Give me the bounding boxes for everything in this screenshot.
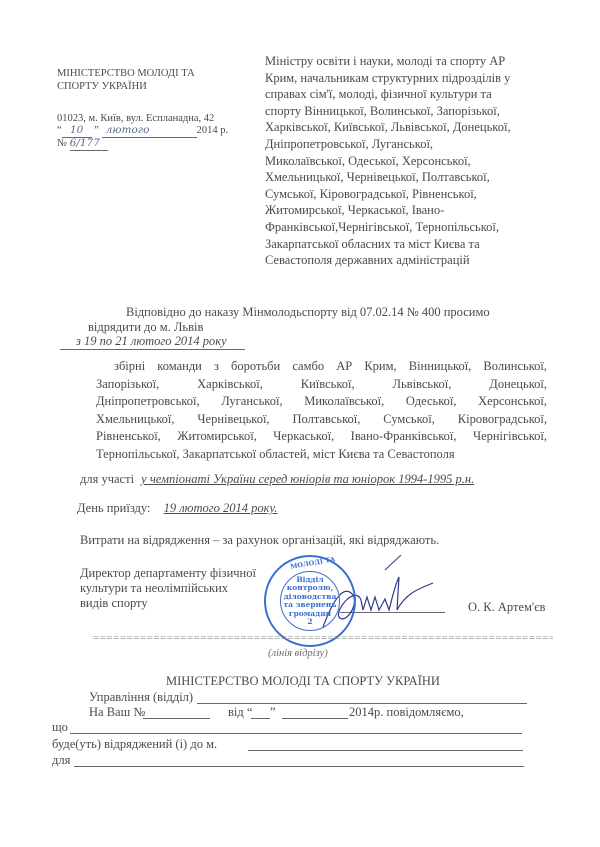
date-day: 10: [62, 124, 92, 138]
teams-line: Дніпропетровської, Луганської, Миколаївс…: [96, 393, 547, 411]
recipient-line: Міністру освіти і науки, молоді та спорт…: [265, 53, 511, 70]
teams-line: Запорізької, Харківської, Київської, Льв…: [96, 376, 547, 394]
recipient-line: Миколаївської, Одеської, Херсонської,: [265, 153, 511, 170]
department-label: Управління (відділ): [89, 690, 193, 705]
department-field[interactable]: [197, 703, 527, 704]
teams-line: Рівненської, Житомирської, Черкаської, І…: [96, 428, 547, 446]
stamp-ring-text: МОЛОДІ ТА: [290, 555, 336, 571]
recipient-line: справах сім'ї, молоді, фізичної культури…: [265, 86, 511, 103]
reply-month-field[interactable]: [282, 718, 348, 719]
reply-no-label: На Ваш №: [89, 705, 145, 720]
reply-quote-close: ”: [270, 705, 276, 720]
recipient-line: Закарпатської обласних та міст Києва та: [265, 236, 511, 253]
recipient-line: спорту Вінницької, Волинської, Запорізьк…: [265, 103, 511, 120]
teams-paragraph: збірні команди з боротьби самбо АР Крим,…: [96, 358, 547, 463]
recipient-line: Дніпропетровської, Луганської,: [265, 136, 511, 153]
reply-number-field[interactable]: [143, 718, 210, 719]
arrival-label: День приїзду:: [77, 501, 150, 515]
arrival: День приїзду: 19 лютого 2014 року.: [77, 501, 277, 516]
destination-city-field[interactable]: [248, 750, 523, 751]
participation-label: для участі: [80, 472, 134, 486]
date-year: 2014 р.: [197, 125, 229, 136]
arrival-value: 19 лютого 2014 року.: [154, 501, 278, 515]
participation: для участі у чемпіонаті України серед юн…: [80, 472, 474, 487]
that-label: що: [52, 720, 68, 735]
sender-org-line1: МІНІСТЕРСТВО МОЛОДІ ТА: [57, 67, 195, 80]
recipient-line: Хмельницької, Чернівецької, Полтавської,: [265, 169, 511, 186]
stamp-inner: Відділ контролю, діловодства та звернень…: [280, 571, 340, 631]
recipient-line: Житомирської, Черкаської, Івано-: [265, 202, 511, 219]
sender-org-line2: СПОРТУ УКРАЇНИ: [57, 80, 147, 93]
sender-date: “10 ” лютого2014 р.: [57, 124, 228, 138]
purpose-field[interactable]: [74, 766, 524, 767]
signer-title-line2: культури та неолімпійських: [80, 581, 228, 596]
sender-number: № 6/177: [57, 137, 108, 151]
cut-line: ========================================…: [93, 632, 553, 644]
intro-line1: Відповідно до наказу Мінмолодьспорту від…: [126, 305, 490, 320]
reply-year-text: 2014р. повідомляємо,: [349, 705, 464, 720]
close-quote: ”: [92, 125, 102, 136]
trip-dates: з 19 по 21 лютого 2014 року: [60, 334, 245, 350]
reply-from-label: від “: [228, 705, 252, 720]
recipient-line: Сумської, Кіровоградської, Рівненської,: [265, 186, 511, 203]
that-field[interactable]: [70, 733, 522, 734]
participation-value: у чемпіонаті України серед юніорів та юн…: [141, 472, 474, 486]
recipient-line: Севастополя державних адміністрацій: [265, 252, 511, 269]
cut-line-label: (лінія відрізу): [268, 647, 328, 660]
teams-line: Тернопільської, Закарпатської областей, …: [96, 446, 547, 464]
recipient-line: Харківської, Київської, Львівської, Доне…: [265, 119, 511, 136]
reply-day-field[interactable]: [251, 718, 270, 719]
intro-line2: відрядити до м. Львів: [88, 320, 203, 335]
stamp-line: 2: [281, 618, 339, 627]
recipient-line: Франківської,Чернігівської, Тернопільськ…: [265, 219, 511, 236]
teams-line: Хмельницької, Чернівецької, Полтавської,…: [96, 411, 547, 429]
signer-title-line1: Директор департаменту фізичної: [80, 566, 256, 581]
recipient-line: Крим, начальникам структурних підрозділі…: [265, 70, 511, 87]
signer-title-line3: видів спорту: [80, 596, 148, 611]
date-month: лютого: [102, 124, 197, 138]
recipient-block: Міністру освіти і науки, молоді та спорт…: [265, 53, 511, 269]
document-number: 6/177: [70, 137, 108, 151]
reply-form-title: МІНІСТЕРСТВО МОЛОДІ ТА СПОРТУ УКРАЇНИ: [166, 674, 440, 689]
signer-name: О. К. Артем'єв: [468, 600, 545, 615]
teams-line: збірні команди з боротьби самбо АР Крим,…: [96, 358, 547, 376]
number-prefix: №: [57, 138, 67, 149]
for-label: для: [52, 753, 70, 768]
expenses-note: Витрати на відрядження – за рахунок орга…: [80, 533, 439, 548]
sent-label: буде(уть) відряджений (і) до м.: [52, 737, 217, 752]
